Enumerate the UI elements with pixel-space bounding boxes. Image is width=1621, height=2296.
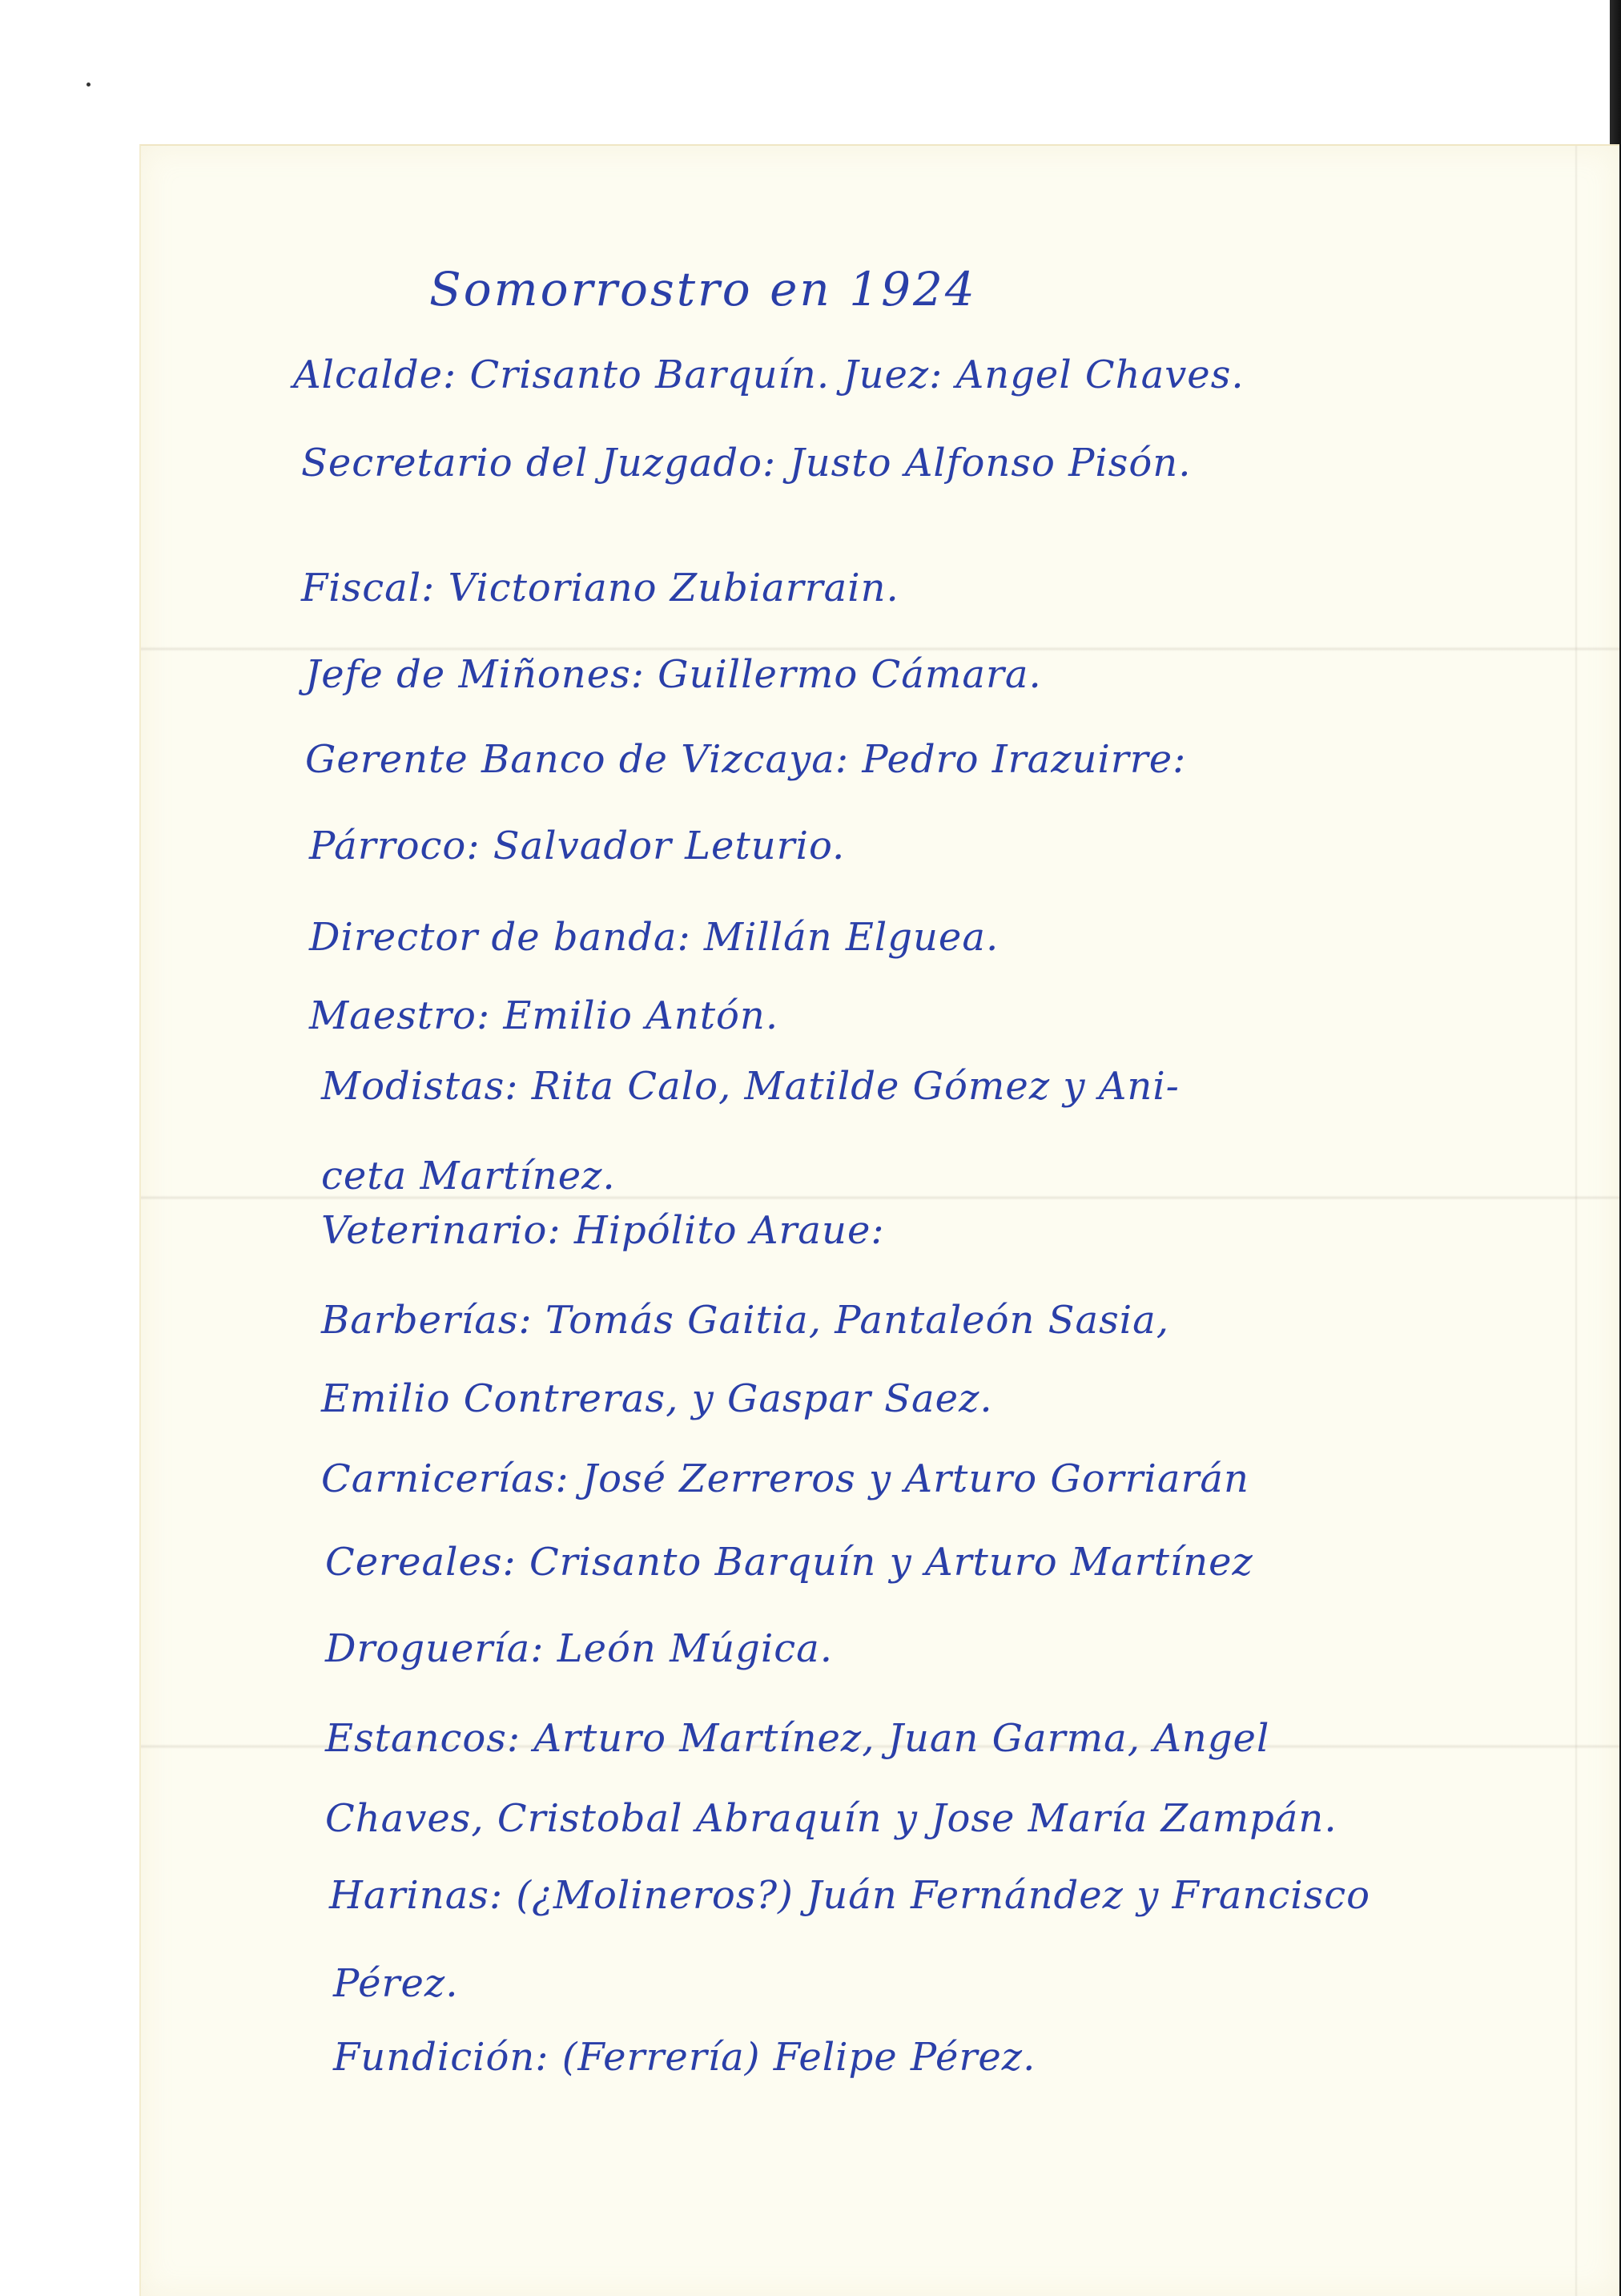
line-harinas: Harinas: (¿Molineros?) Juán Fernández y …	[329, 1876, 1370, 1915]
line-value: Pedro Irazuirre:	[862, 737, 1186, 782]
line-label: Maestro:	[309, 993, 490, 1038]
line-label: Director de banda:	[309, 915, 691, 960]
line-value: Crisanto Barquín y Arturo Martínez	[529, 1540, 1253, 1585]
line-secretario: Secretario del Juzgado: Justo Alfonso Pi…	[301, 444, 1191, 482]
line-label: Fundición:	[333, 2035, 549, 2080]
line-maestro: Maestro: Emilio Antón.	[309, 997, 778, 1035]
line-value: Victoriano Zubiarrain.	[448, 566, 899, 610]
fold-line-vertical	[1575, 146, 1578, 2296]
line-gerente-banco: Gerente Banco de Vizcaya: Pedro Irazuirr…	[305, 740, 1186, 779]
line-label: Párroco:	[309, 824, 481, 868]
line-value: Arturo Martínez, Juan Garma, Angel	[533, 1716, 1269, 1761]
line-label: Droguería:	[325, 1626, 544, 1671]
line-carnicerias: Carnicerías: José Zerreros y Arturo Gorr…	[321, 1460, 1249, 1498]
line-label: Modistas:	[321, 1064, 518, 1109]
line-estancos: Estancos: Arturo Martínez, Juan Garma, A…	[325, 1719, 1269, 1758]
line-value: Hipólito Araue:	[574, 1208, 885, 1253]
line-director-banda: Director de banda: Millán Elguea.	[309, 918, 999, 957]
scan-artifact-dot	[86, 83, 91, 87]
line-value: Millán Elguea.	[704, 915, 999, 960]
line-estancos-cont: Chaves, Cristobal Abraquín y Jose María …	[325, 1799, 1337, 1838]
line-value: Guillermo Cámara.	[658, 652, 1042, 697]
line-label: Cereales:	[325, 1540, 517, 1585]
line-value: Emilio Antón.	[503, 993, 778, 1038]
line-label: Barberías:	[321, 1298, 533, 1343]
handwritten-page: Somorrostro en 1924 Alcalde: Crisanto Ba…	[139, 144, 1619, 2296]
page-title: Somorrostro en 1924	[429, 266, 977, 312]
line-fundicion: Fundición: (Ferrería) Felipe Pérez.	[333, 2038, 1036, 2076]
line-drogueria: Droguería: León Múgica.	[325, 1629, 833, 1668]
line-label: Alcalde:	[293, 352, 457, 397]
line-label: Jefe de Miñones:	[305, 652, 645, 697]
line-value: Salvador Leturio.	[493, 824, 846, 868]
line-value: (Ferrería) Felipe Pérez.	[562, 2035, 1036, 2080]
line-value: Rita Calo, Matilde Gómez y Ani-	[532, 1064, 1180, 1109]
line-value: ceta Martínez.	[321, 1154, 616, 1198]
line-value: Justo Alfonso Pisón.	[789, 441, 1191, 485]
line-value: Emilio Contreras, y Gaspar Saez.	[321, 1376, 993, 1421]
line-value: (¿Molineros?) Juán Fernández y Francisco	[516, 1873, 1370, 1918]
line-value: Tomás Gaitia, Pantaleón Sasia,	[545, 1298, 1169, 1343]
line-value: Chaves, Cristobal Abraquín y Jose María …	[325, 1796, 1337, 1841]
line-veterinario: Veterinario: Hipólito Araue:	[321, 1211, 885, 1250]
line-alcalde: Alcalde: Crisanto Barquín. Juez: Angel C…	[293, 356, 1245, 394]
line-value: León Múgica.	[557, 1626, 833, 1671]
line-label: Secretario del Juzgado:	[301, 441, 776, 485]
line-barberias-cont: Emilio Contreras, y Gaspar Saez.	[321, 1380, 993, 1418]
line-label: Veterinario:	[321, 1208, 561, 1253]
line-value: Pérez.	[333, 1961, 458, 2006]
line-label: Harinas:	[329, 1873, 503, 1918]
line-label: Carnicerías:	[321, 1456, 569, 1501]
line-harinas-cont: Pérez.	[333, 1964, 458, 2003]
line-modistas-cont: ceta Martínez.	[321, 1157, 616, 1195]
fold-line	[141, 647, 1619, 651]
line-parroco: Párroco: Salvador Leturio.	[309, 827, 845, 865]
line-value: José Zerreros y Arturo Gorriarán	[582, 1456, 1249, 1501]
line-label: Estancos:	[325, 1716, 521, 1761]
line-barberias: Barberías: Tomás Gaitia, Pantaleón Sasia…	[321, 1301, 1169, 1339]
line-label: Gerente Banco de Vizcaya:	[305, 737, 849, 782]
line-value: Crisanto Barquín. Juez: Angel Chaves.	[469, 352, 1244, 397]
line-modistas: Modistas: Rita Calo, Matilde Gómez y Ani…	[321, 1067, 1180, 1106]
line-label: Fiscal:	[301, 566, 435, 610]
line-cereales: Cereales: Crisanto Barquín y Arturo Mart…	[325, 1543, 1253, 1581]
line-fiscal: Fiscal: Victoriano Zubiarrain.	[301, 569, 899, 607]
line-jefe-minones: Jefe de Miñones: Guillermo Cámara.	[305, 655, 1042, 694]
